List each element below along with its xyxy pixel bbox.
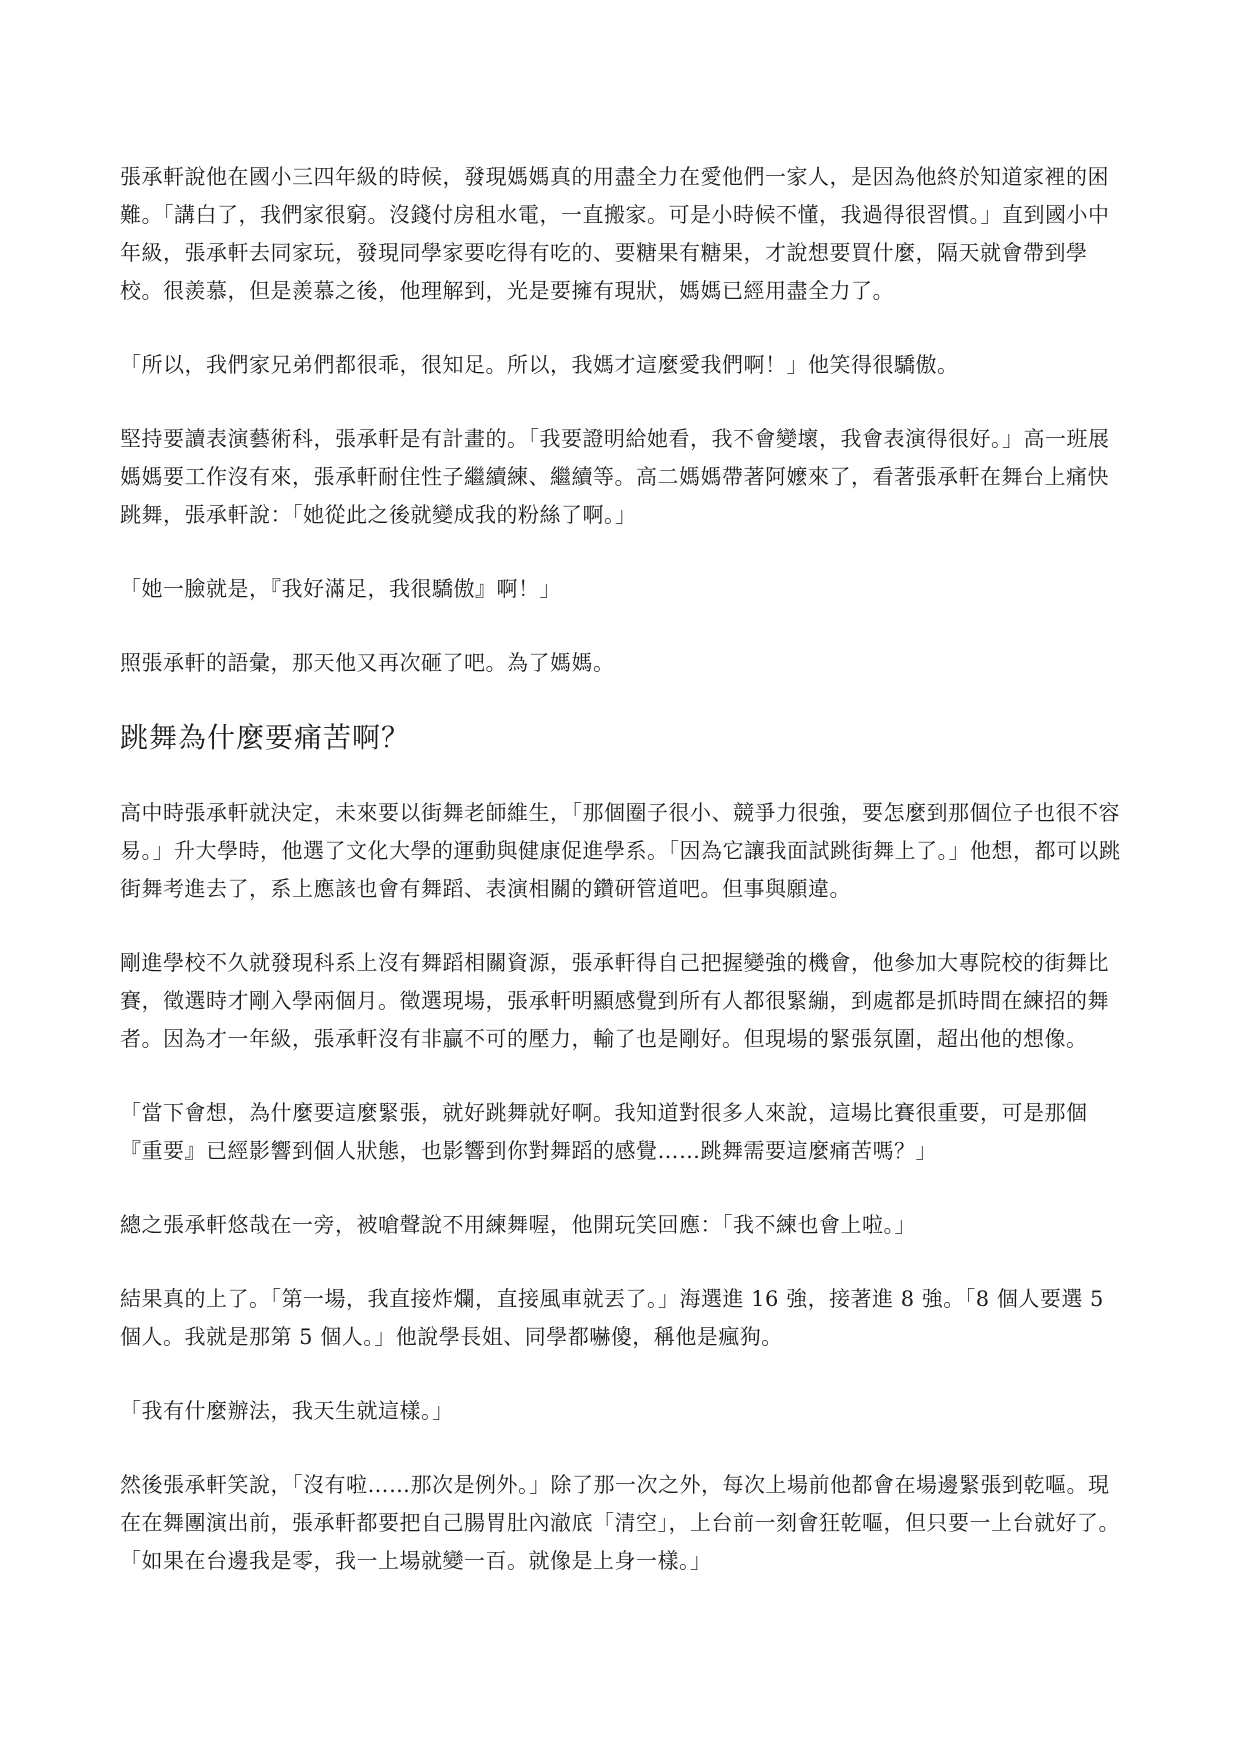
paragraph-pressure-quote: 「當下會想，為什麼要這麼緊張，就好跳舞就好啊。我知道對很多人來說，這場比賽很重要…: [120, 1094, 1122, 1170]
paragraph-competition: 剛進學校不久就發現科系上沒有舞蹈相關資源，張承軒得自己把握變強的機會，他參加大專…: [120, 944, 1122, 1058]
paragraph-born-this-way: 「我有什麼辦法，我天生就這樣。」: [120, 1392, 1122, 1430]
paragraph-brothers-quote: 「所以，我們家兄弟們都很乖，很知足。所以，我媽才這麼愛我們啊！」他笑得很驕傲。: [120, 346, 1122, 384]
paragraph-career-plan: 高中時張承軒就決定，未來要以街舞老師維生，「那個圈子很小、競爭力很強，要怎麼到那…: [120, 794, 1122, 908]
paragraph-relaxed: 總之張承軒悠哉在一旁，被嗆聲說不用練舞喔，他開玩笑回應：「我不練也會上啦。」: [120, 1206, 1122, 1244]
paragraph-for-mom: 照張承軒的語彙，那天他又再次砸了吧。為了媽媽。: [120, 644, 1122, 682]
paragraph-family-hardship: 張承軒說他在國小三四年級的時候，發現媽媽真的用盡全力在愛他們一家人，是因為他終於…: [120, 158, 1122, 310]
paragraph-results: 結果真的上了。「第一場，我直接炸爛，直接風車就丟了。」海選進 16 強，接著進 …: [120, 1280, 1122, 1356]
paragraph-proud-quote: 「她一臉就是，『我好滿足，我很驕傲』啊！」: [120, 570, 1122, 608]
section-heading: 跳舞為什麼要痛苦啊？: [120, 718, 1122, 758]
paragraph-stage-nerves: 然後張承軒笑說，「沒有啦……那次是例外。」除了那一次之外，每次上場前他都會在場邊…: [120, 1466, 1122, 1580]
document-page: 張承軒說他在國小三四年級的時候，發現媽媽真的用盡全力在愛他們一家人，是因為他終於…: [120, 158, 1122, 1616]
paragraph-performing-arts: 堅持要讀表演藝術科，張承軒是有計畫的。「我要證明給她看，我不會變壞，我會表演得很…: [120, 420, 1122, 534]
